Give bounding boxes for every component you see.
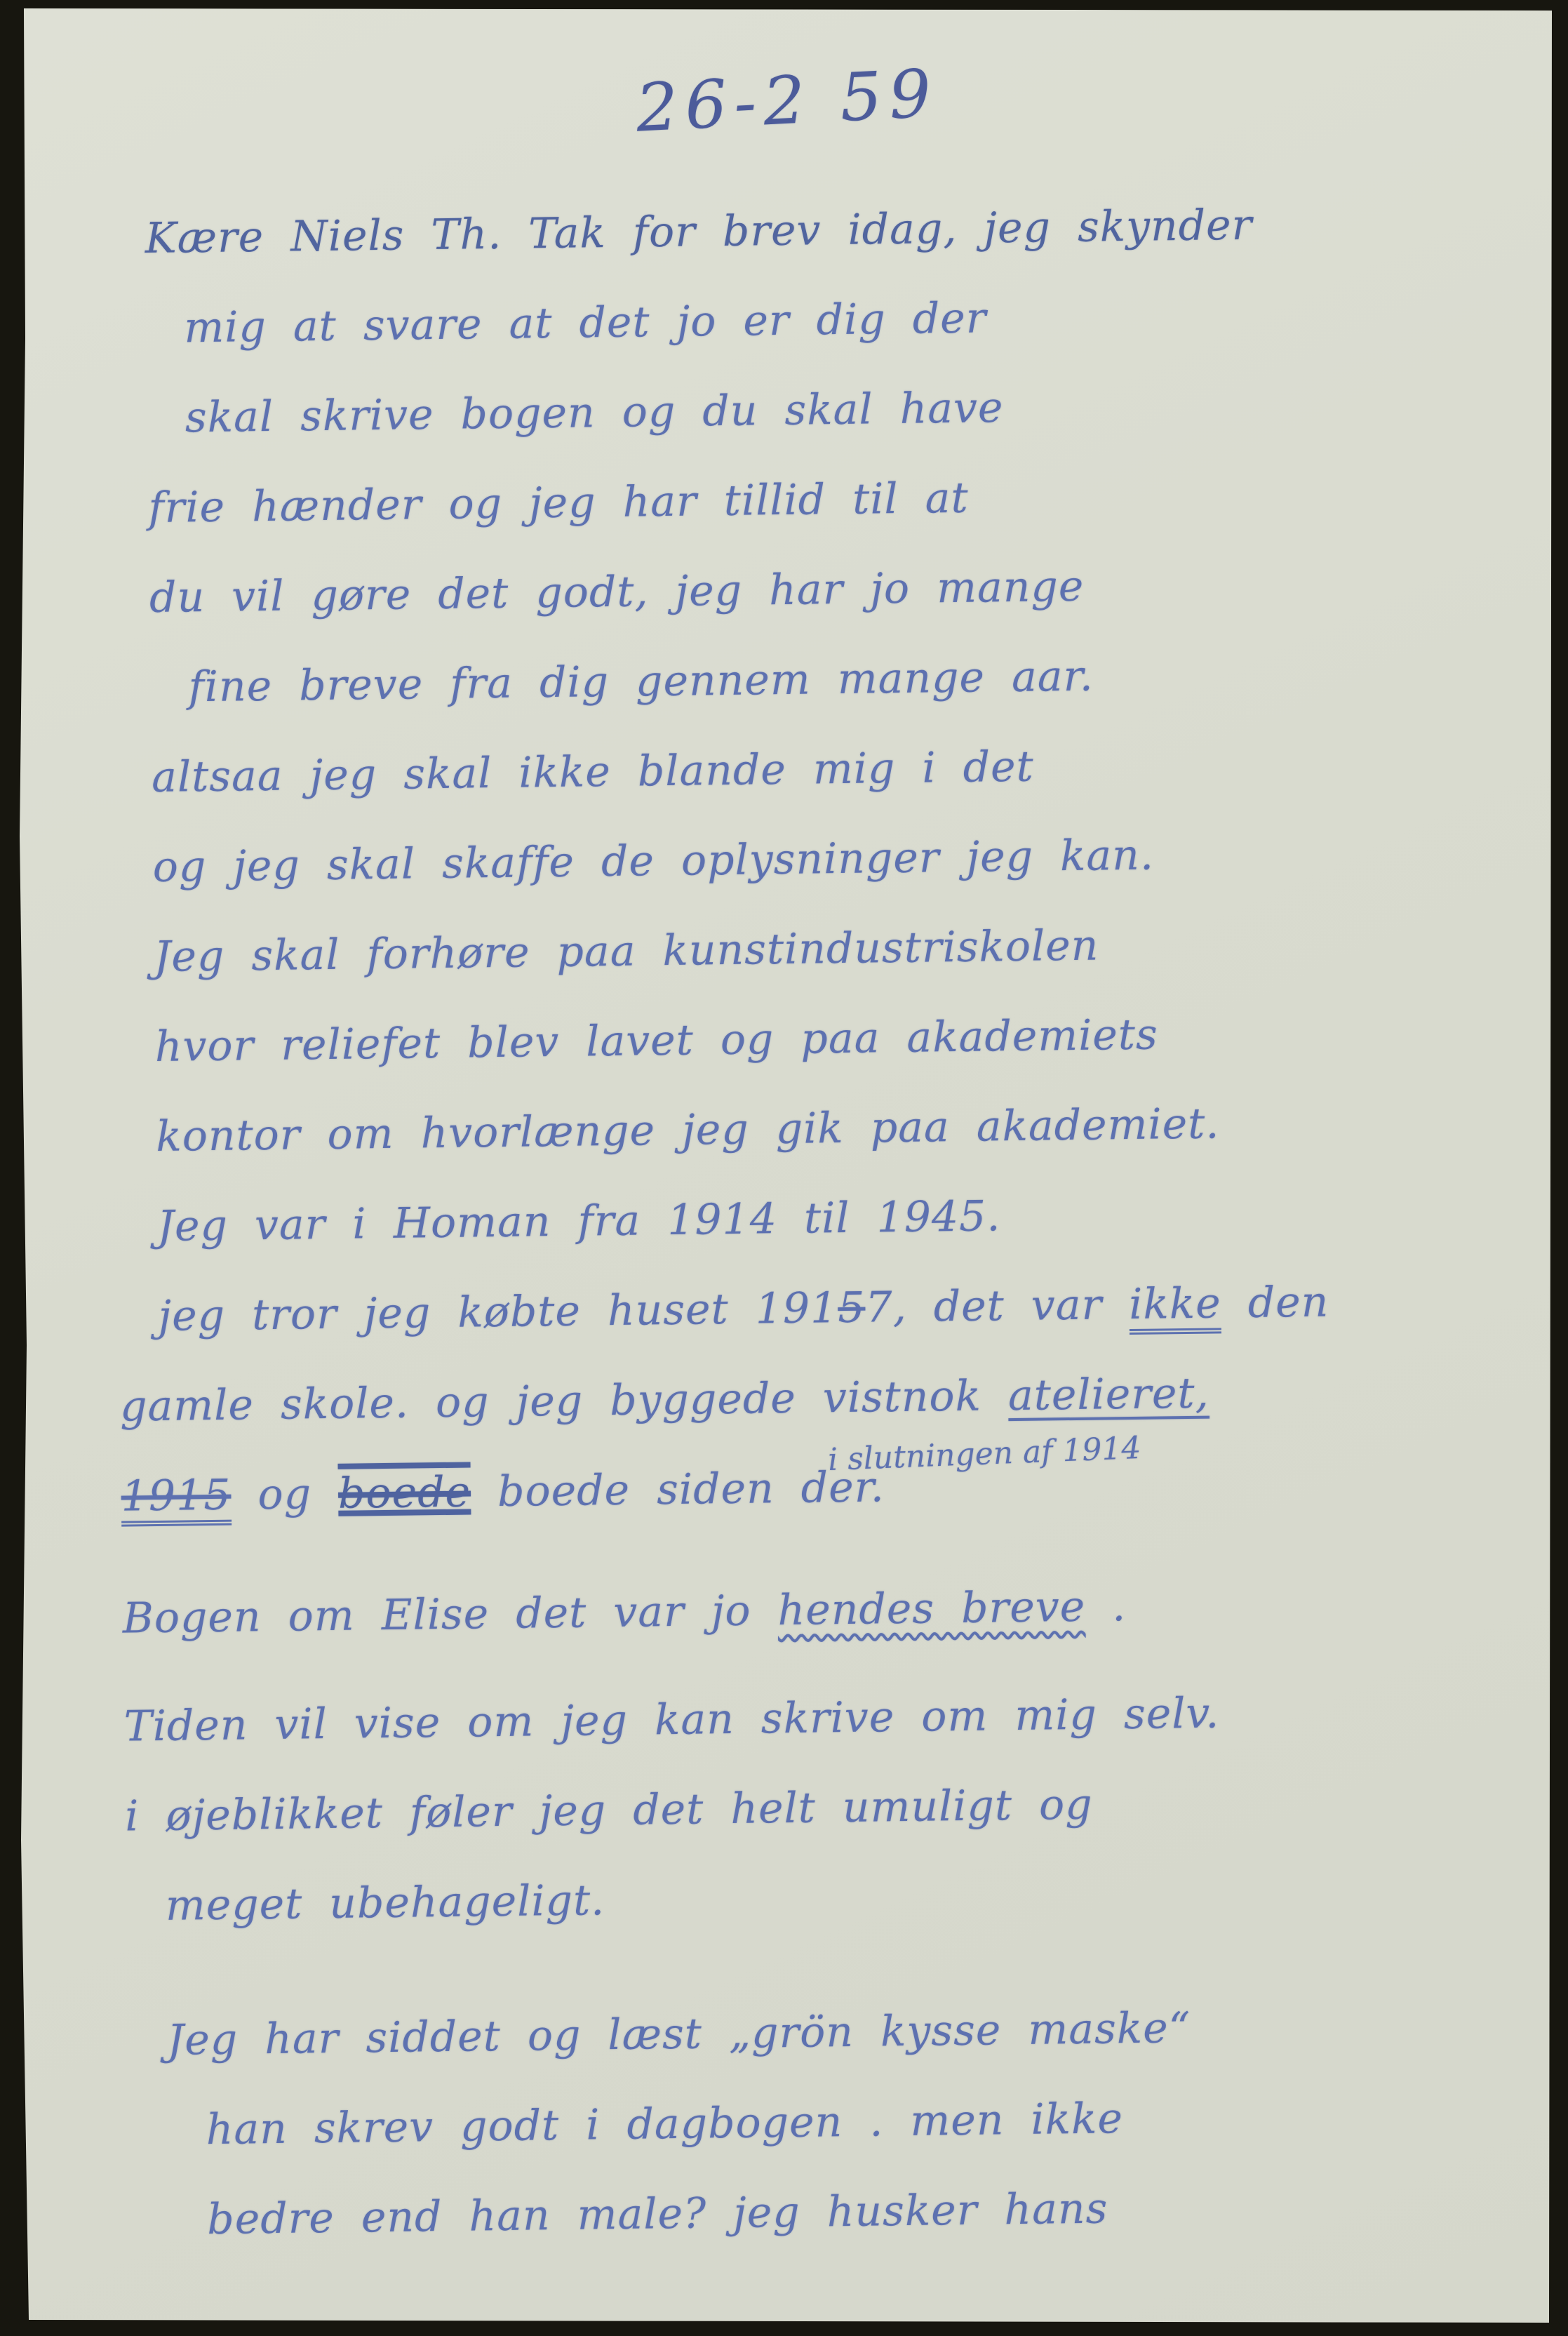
letter-line: Tiden vil vise om jeg kan skrive om mig … (123, 1664, 1559, 1772)
letter-line: altsaa jeg skal ikke blande mig i det (151, 716, 1547, 822)
text-segment: jeg tror jeg købte huset 191 (158, 1283, 838, 1341)
letter-line: og jeg skal skaffe de oplysninger jeg ka… (152, 806, 1548, 912)
struck-segment: 5 (838, 1283, 866, 1333)
underlined-segment: ikke (1129, 1279, 1221, 1335)
text-segment: 7, det var (865, 1280, 1130, 1333)
letter-line: Jeg var i Homan fra 1914 til 1945. (156, 1165, 1553, 1272)
letter-line: Bogen om Elise det var jo hendes breve . (122, 1556, 1557, 1664)
text-segment: gamle skole. og jeg byggede vistnok (120, 1371, 1009, 1431)
text-segment: og (231, 1469, 339, 1520)
letter-line: Jeg skal forhøre paa kunstindustriskolen (154, 895, 1550, 1002)
letter-line: han skrev godt i dagbogen . men ikke (206, 2069, 1564, 2175)
letter-line: bedre end han male? jeg husker hans (207, 2158, 1565, 2265)
handwriting-layer: 26-2 59 Kære Niels Th. Tak for brev idag… (4, 0, 1566, 2332)
letter-line: du vil gøre det godt, jeg har jo mange (149, 536, 1545, 643)
scan-background: { "document": { "date": "26-2 59", "ink_… (0, 0, 1568, 2336)
letter-line: i øjeblikket føler jeg det helt umuligt … (124, 1754, 1560, 1862)
letter-line: kontor om hvorlænge jeg gik paa akademie… (156, 1075, 1552, 1182)
letter-line: meget ubehageligt. (165, 1844, 1561, 1951)
struck-segment: 1915 (121, 1471, 232, 1527)
letter-date: 26-2 59 (634, 55, 940, 147)
underlined-segment: atelieret, (1008, 1369, 1209, 1420)
letter-paper: 26-2 59 Kære Niels Th. Tak for brev idag… (18, 8, 1552, 2323)
letter-line: frie hænder og jeg har tillid til at (148, 446, 1544, 553)
letter-line: Kære Niels Th. Tak for brev idag, jeg sk… (145, 177, 1541, 283)
text-segment: boede siden der. (471, 1462, 885, 1516)
letter-line: mig at svare at det jo er dig der (184, 267, 1542, 373)
text-segment: den (1221, 1278, 1329, 1328)
text-segment: Bogen om Elise det var jo (122, 1586, 778, 1643)
letter-line: skal skrive bogen og du skal have (185, 356, 1543, 463)
letter-line: gamle skole. og jeg byggede vistnok atel… (119, 1344, 1555, 1452)
letter-line: jeg tror jeg købte huset 19157, det var … (158, 1255, 1554, 1361)
letter-line: hvor reliefet blev lavet og paa akademie… (154, 985, 1550, 1092)
underlined-segment: hendes breve (777, 1582, 1085, 1635)
text-segment: . (1085, 1582, 1127, 1631)
letter-line: Jeg har siddet og læst „grön kysse maske… (166, 1979, 1562, 2085)
letter-line: fine breve fra dig gennem mange aar. (188, 626, 1546, 733)
scribbled-segment: boede (338, 1468, 471, 1519)
